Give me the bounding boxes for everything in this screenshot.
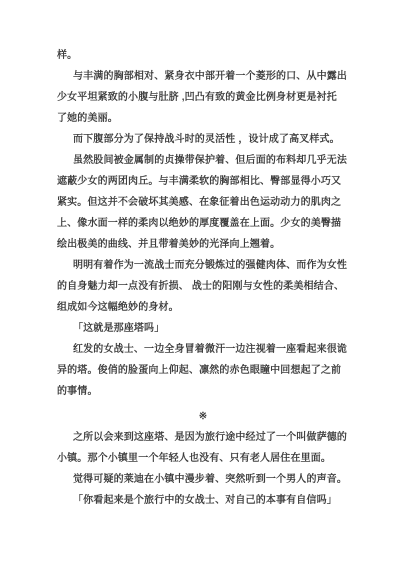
novel-reader-page: 样。与丰满的胸部相对、紧身衣中部开着一个菱形的口、从中露出少女平坦紧致的小腹与肚… [0,0,399,565]
text-line: 组成如今这幅绝妙的身材。 [57,297,349,318]
text-line: 「这就是那座塔吗」 [57,318,349,339]
text-line: 红发的女战士、一边全身冒着微汗一边注视着一座看起来很诡 [57,339,349,360]
text-line: 明明有着作为一流战士而充分锻炼过的强健肉体、而作为女性 [57,255,349,276]
text-line: 与丰满的胸部相对、紧身衣中部开着一个菱形的口、从中露出 [57,66,349,87]
text-line: 之所以会来到这座塔、是因为旅行途中经过了一个叫做萨德的 [57,427,349,448]
text-line: 的事情。 [57,381,349,402]
text-line: 了她的美丽。 [57,108,349,129]
body-text: 样。与丰满的胸部相对、紧身衣中部开着一个菱形的口、从中露出少女平坦紧致的小腹与肚… [57,45,349,511]
text-line: 的自身魅力却一点没有折损、 战士的阳刚与女性的柔美相结合、 [57,276,349,297]
section-divider: ※ [57,406,349,427]
text-line: 上、像水面一样的柔肉以绝妙的厚度覆盖在上面。少女的美臀描 [57,213,349,234]
text-line: 而下腹部分为了保持战斗时的灵活性 ，设计成了高叉样式。 [57,129,349,150]
text-line: 样。 [57,45,349,66]
text-line: 异的塔。俊俏的脸蛋向上仰起、凛然的赤色眼瞳中回想起了之前 [57,360,349,381]
text-line: 绘出极美的曲线、并且带着美妙的光泽向上翘着。 [57,234,349,255]
text-line: 紧实。但这并不会破坏其美感、在象征着出色运动动力的肌肉之 [57,192,349,213]
text-line: 少女平坦紧致的小腹与肚脐 ,凹凸有致的黄金比例身材更是衬托 [57,87,349,108]
text-line: 虽然股间被金属制的贞操带保护着、但后面的布料却几乎无法 [57,150,349,171]
text-line: 觉得可疑的莱迪在小镇中漫步着、突然听到一个男人的声音。 [57,469,349,490]
text-line: 「你看起来是个旅行中的女战士、对自己的本事有自信吗」 [57,490,349,511]
text-line: 遮蔽少女的两团肉丘。与丰满柔软的胸部相比、臀部显得小巧又 [57,171,349,192]
text-line: 小镇。那个小镇里一个年轻人也没有、只有老人居住在里面。 [57,448,349,469]
